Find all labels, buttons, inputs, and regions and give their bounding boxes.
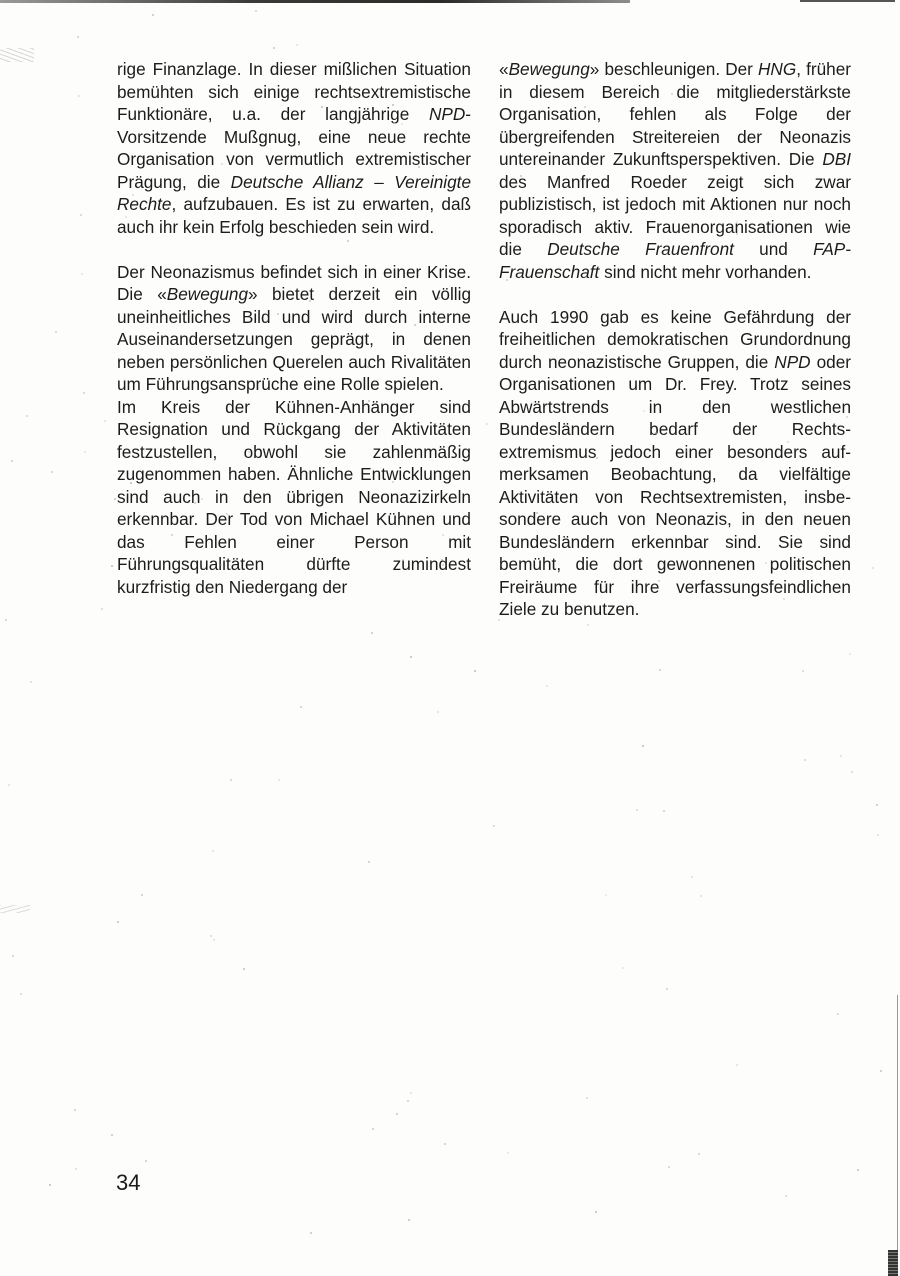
paragraph: Auch 1990 gab es keine Gefährdung der fr… <box>499 306 851 621</box>
paragraph: rige Finanzlage. In dieser mißlichen Sit… <box>117 58 471 238</box>
paragraph: Der Neonazismus befindet sich in einer K… <box>117 261 471 396</box>
paragraph: «Bewegung» beschleunigen. Der HNG, frühe… <box>499 58 851 283</box>
scan-edge-block <box>888 1250 898 1276</box>
page-number: 34 <box>116 1170 140 1196</box>
scan-top-rule-right <box>800 0 895 2</box>
scan-artifact <box>0 905 30 913</box>
scan-edge-line <box>897 995 898 1257</box>
paragraph: Im Kreis der Kühnen-Anhänger sind Resign… <box>117 396 471 599</box>
scan-artifact <box>0 48 34 62</box>
left-column: rige Finanzlage. In dieser mißlichen Sit… <box>117 58 471 598</box>
scan-top-rule <box>0 0 630 3</box>
